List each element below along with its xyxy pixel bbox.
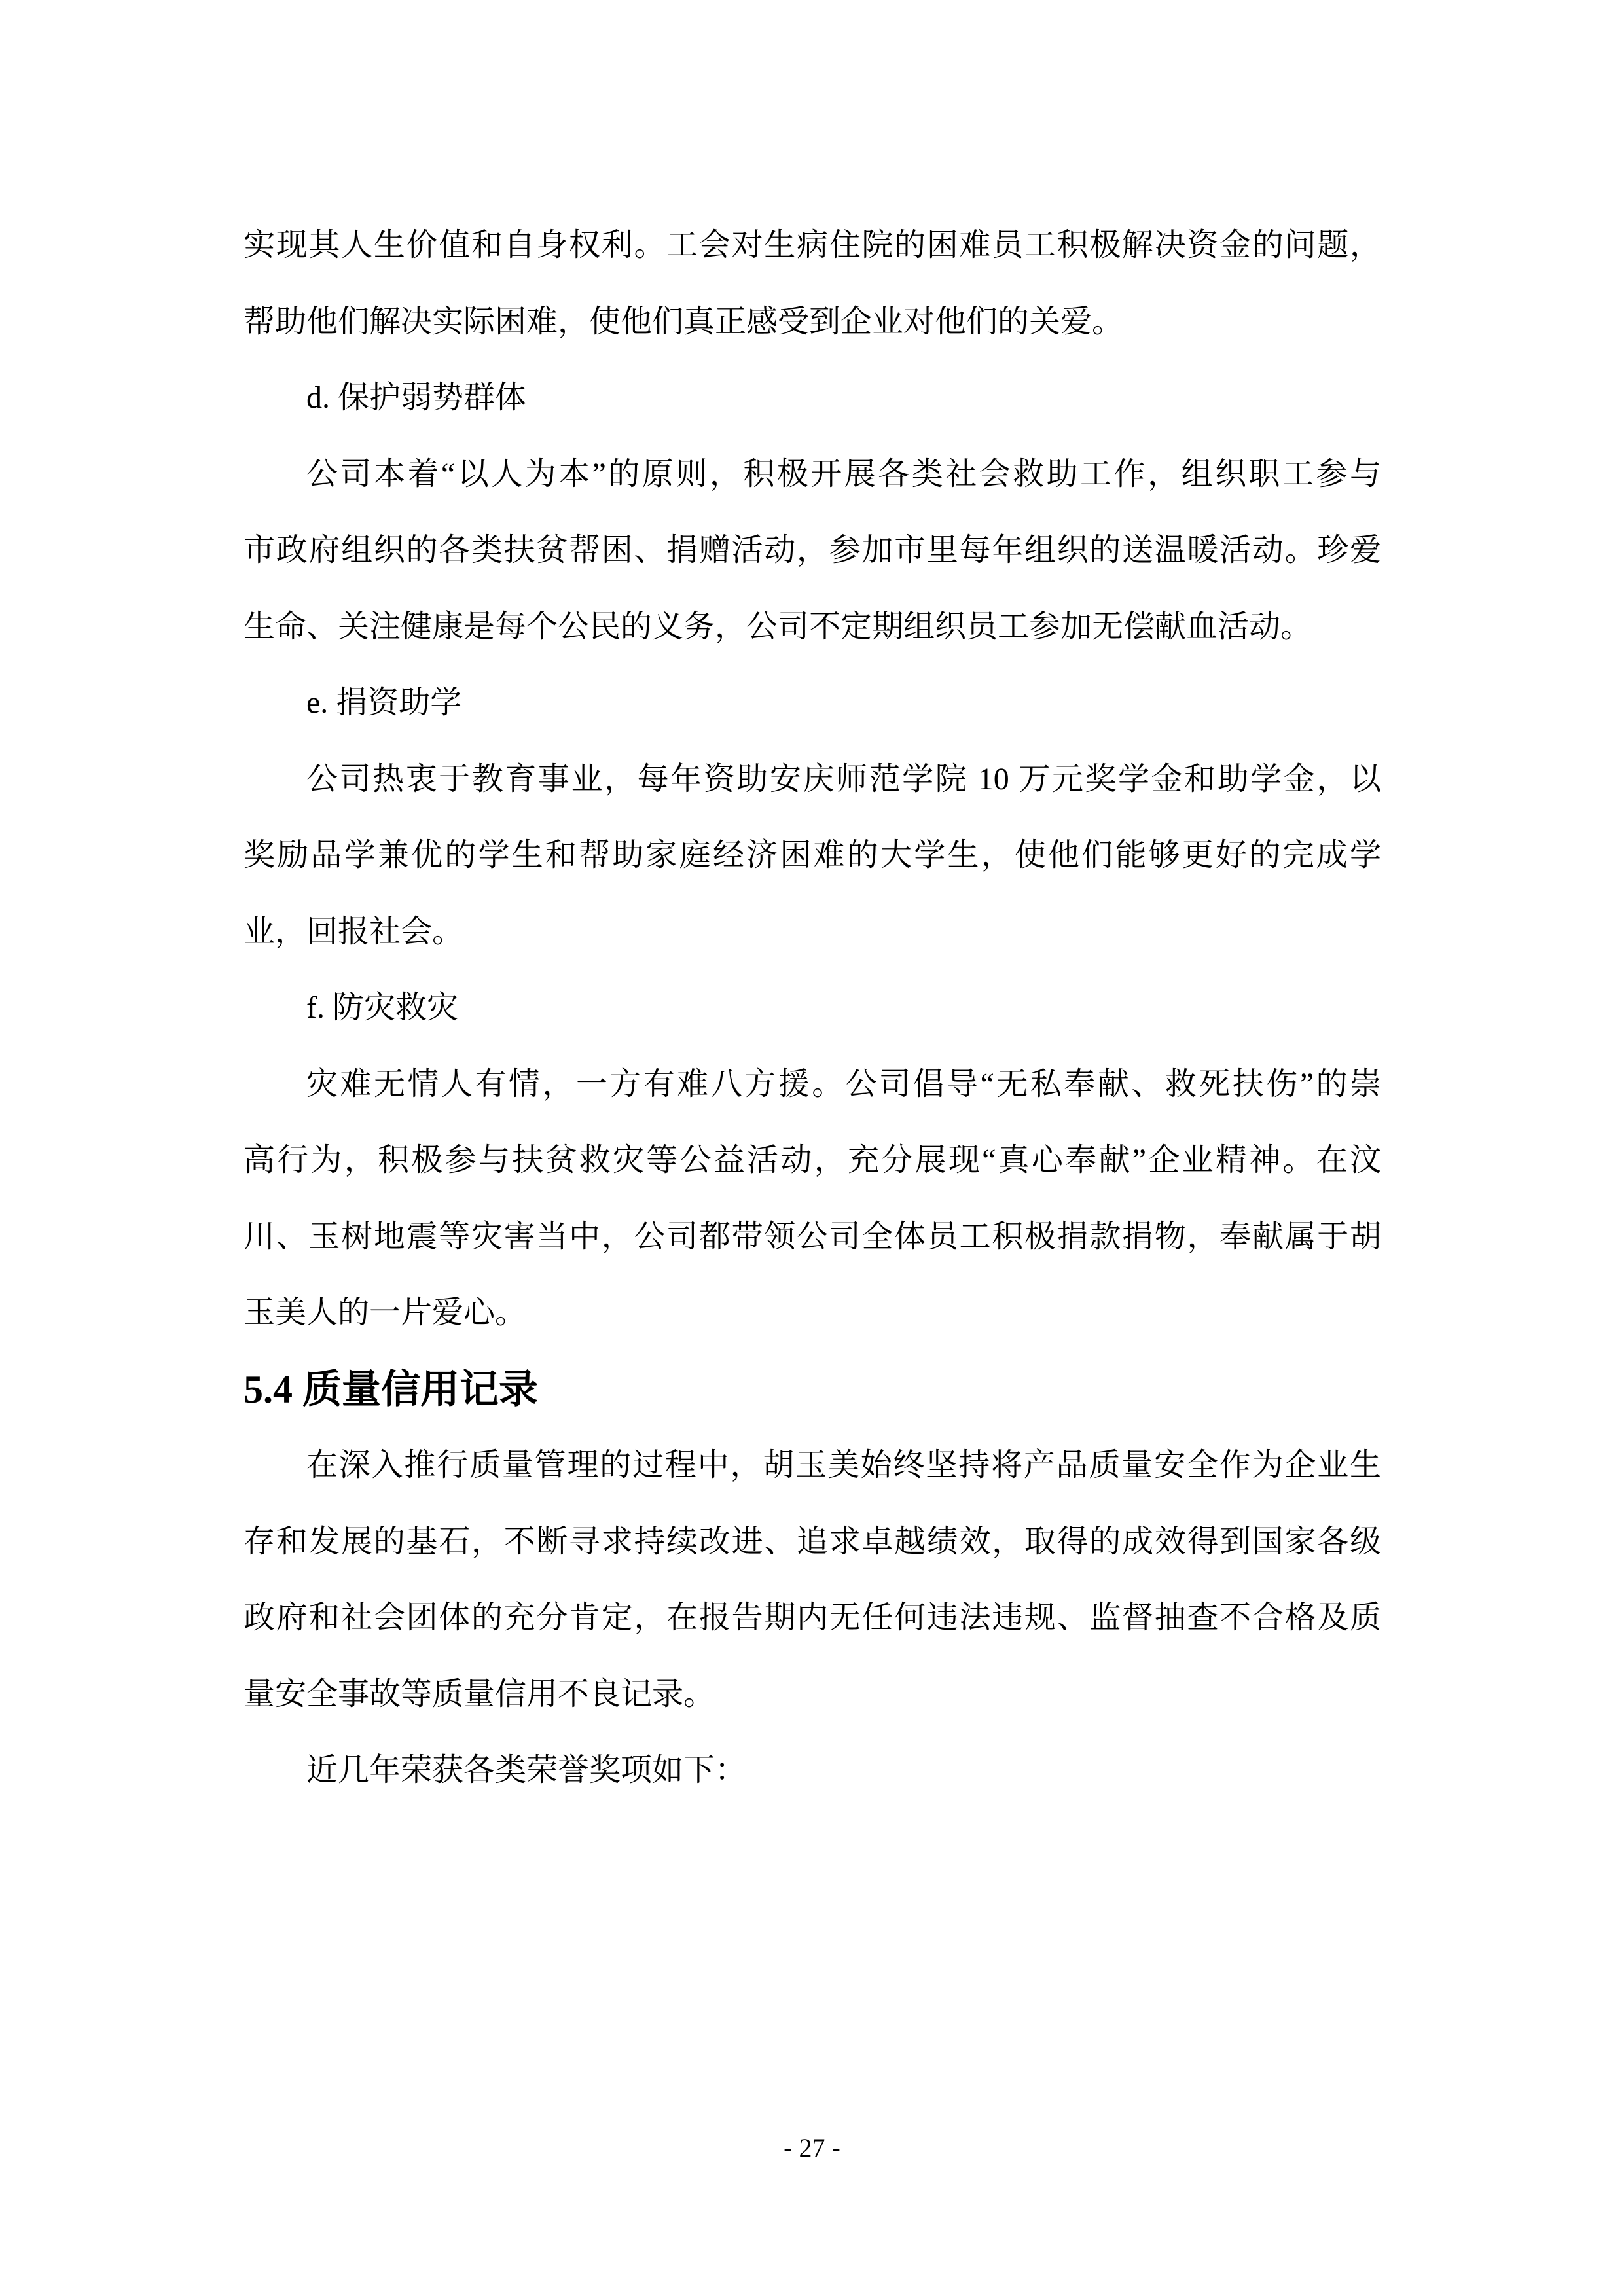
body-line: 高行为，积极参与扶贫救灾等公益活动，充分展现“真心奉献”企业精神。在汶	[244, 1122, 1381, 1199]
section-heading-5-4: 5.4 质量信用记录	[244, 1352, 1381, 1428]
body-line: 生命、关注健康是每个公民的义务，公司不定期组织员工参加无偿献血活动。	[244, 589, 1381, 666]
body-line: 公司本着“以人为本”的原则，积极开展各类社会救助工作，组织职工参与	[244, 437, 1381, 513]
body-line: 实现其人生价值和自身权利。工会对生病住院的困难员工积极解决资金的问题，	[244, 207, 1381, 284]
body-line: 近几年荣获各类荣誉奖项如下：	[244, 1732, 1381, 1809]
body-line: 市政府组织的各类扶贫帮困、捐赠活动，参加市里每年组织的送温暖活动。珍爱	[244, 512, 1381, 589]
list-item-label-d: d. 保护弱势群体	[244, 360, 1381, 437]
body-line: 帮助他们解决实际困难，使他们真正感受到企业对他们的关爱。	[244, 284, 1381, 361]
body-line: 业，回报社会。	[244, 894, 1381, 971]
body-line: 政府和社会团体的充分肯定，在报告期内无任何违法违规、监督抽查不合格及质	[244, 1580, 1381, 1657]
body-line: 川、玉树地震等灾害当中，公司都带领公司全体员工积极捐款捐物，奉献属于胡	[244, 1199, 1381, 1276]
document-page: 实现其人生价值和自身权利。工会对生病住院的困难员工积极解决资金的问题， 帮助他们…	[0, 0, 1624, 2296]
body-line: 量安全事故等质量信用不良记录。	[244, 1657, 1381, 1733]
list-item-label-f: f. 防灾救灾	[244, 970, 1381, 1047]
body-line: 奖励品学兼优的学生和帮助家庭经济困难的大学生，使他们能够更好的完成学	[244, 817, 1381, 894]
body-line: 在深入推行质量管理的过程中，胡玉美始终坚持将产品质量安全作为企业生	[244, 1427, 1381, 1504]
list-item-label-e: e. 捐资助学	[244, 665, 1381, 742]
text-block: 实现其人生价值和自身权利。工会对生病住院的困难员工积极解决资金的问题， 帮助他们…	[244, 207, 1381, 1809]
body-line: 灾难无情人有情，一方有难八方援。公司倡导“无私奉献、救死扶伤”的崇	[244, 1047, 1381, 1123]
body-line: 玉美人的一片爱心。	[244, 1275, 1381, 1352]
body-line: 存和发展的基石，不断寻求持续改进、追求卓越绩效，取得的成效得到国家各级	[244, 1504, 1381, 1581]
page-number: - 27 -	[0, 2128, 1624, 2168]
body-line: 公司热衷于教育事业，每年资助安庆师范学院 10 万元奖学金和助学金，以	[244, 742, 1381, 818]
